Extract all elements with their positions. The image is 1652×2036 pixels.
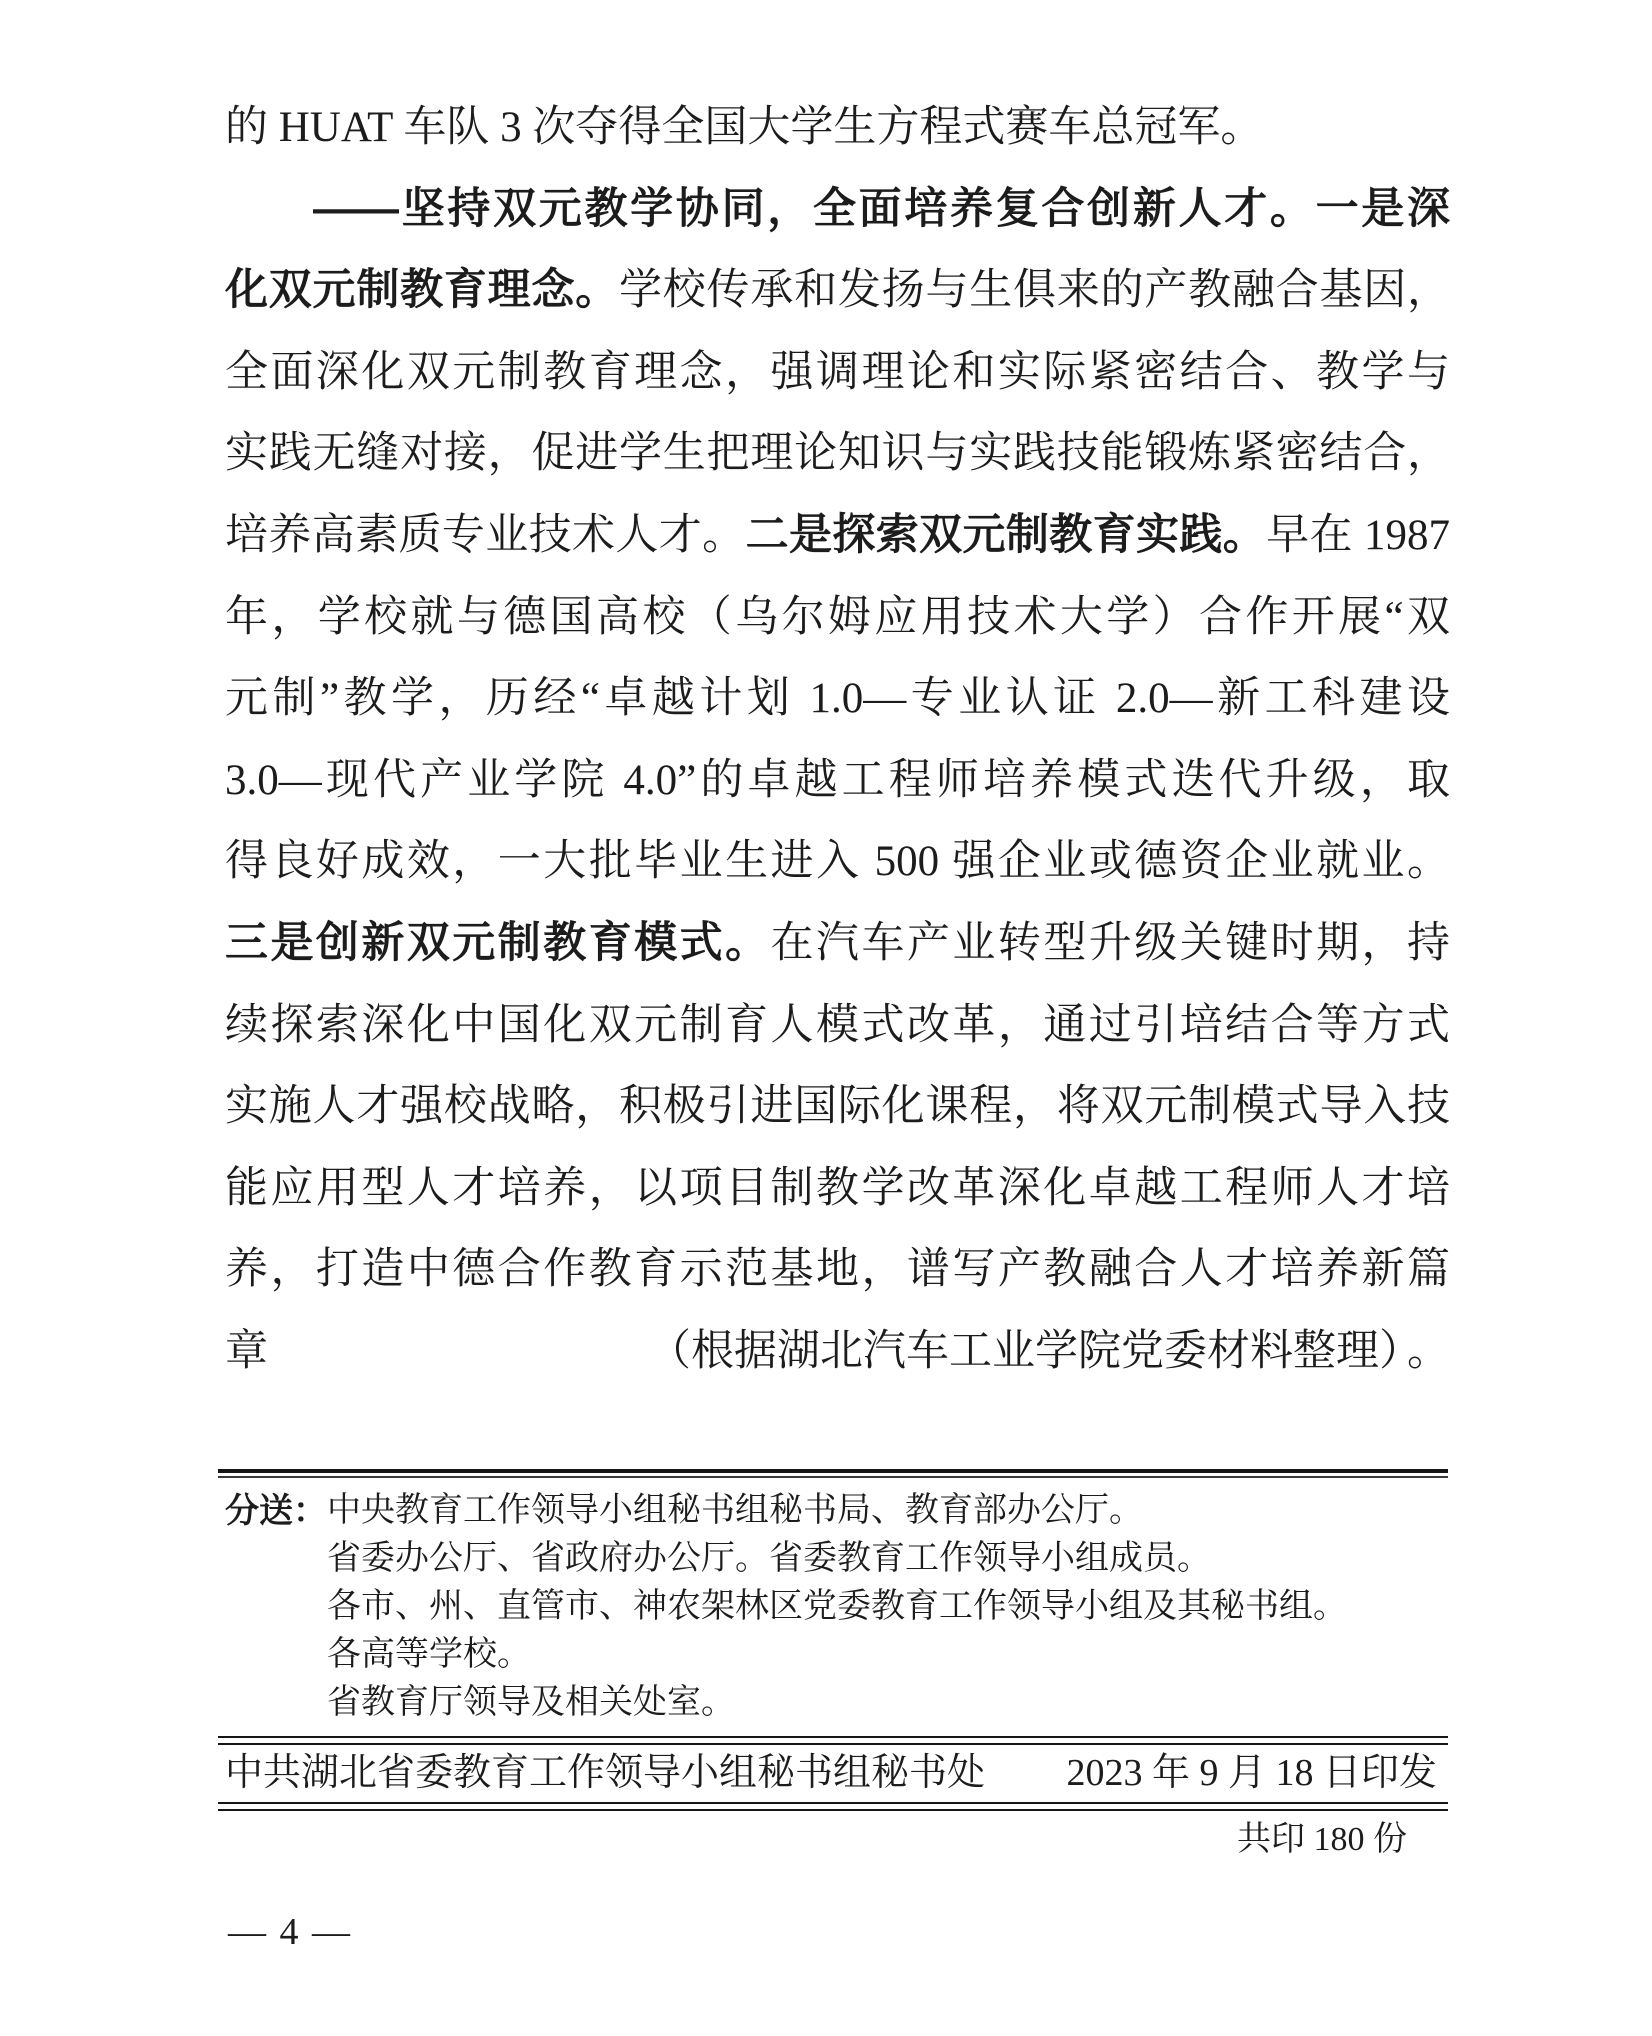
distribution-entry: 各高等学校。 (327, 1631, 1440, 1679)
body-text-run: 年，学校就与德国高校（乌尔姆应用技术大学）合作开展“双 (225, 594, 1450, 641)
body-text-run: 培养高素质专业技术人才。 (225, 512, 746, 559)
separator-rule-top (218, 1469, 1448, 1478)
distribution-list: 分送： 中央教育工作领导小组秘书组秘书局、教育部办公厅。 省委办公厅、省政府办公… (225, 1487, 1440, 1727)
body-line: 培养高素质专业技术人才。二是探索双元制教育实践。早在 1987 (225, 495, 1450, 577)
document-page: 的 HUAT 车队 3 次夺得全国大学生方程式赛车总冠军。 ——坚持双元教学协同… (0, 0, 1652, 2036)
body-text-run: 续探索深化中国化双元制育人模式改革，通过引培结合等方式 (225, 1002, 1450, 1049)
body-line: 元制”教学，历经“卓越计划 1.0—专业认证 2.0—新工科建设 (225, 658, 1450, 740)
body-text-run: 3.0—现代产业学院 4.0”的卓越工程师培养模式迭代升级，取 (225, 757, 1450, 804)
emphasis-run: 化双元制教育理念。 (225, 267, 619, 314)
body-text-run: （根据湖北汽车工业学院党委材料整理） (648, 1328, 1422, 1375)
separator-rule-bottom (218, 1802, 1448, 1811)
body-line: 三是创新双元制教育模式。在汽车产业转型升级关键时期，持 (225, 903, 1450, 985)
body-text-run: 元制”教学，历经“卓越计划 1.0—专业认证 2.0—新工科建设 (225, 675, 1450, 722)
distribution-label: 分送： (225, 1487, 327, 1535)
issuing-office: 中共湖北省委教育工作领导小组秘书组秘书处 (225, 1750, 985, 1796)
body-text-run: 实践无缝对接，促进学生把理论知识与实践技能锻炼紧密结合， (225, 430, 1450, 477)
document-body: 的 HUAT 车队 3 次夺得全国大学生方程式赛车总冠军。 ——坚持双元教学协同… (225, 87, 1450, 1393)
body-text-run: 早在 1987 (1266, 512, 1450, 559)
body-line: 年，学校就与德国高校（乌尔姆应用技术大学）合作开展“双 (225, 577, 1450, 659)
emphasis-run: 二是探索双元制教育实践。 (746, 512, 1267, 559)
distribution-entry: 中央教育工作领导小组秘书组秘书局、教育部办公厅。 (327, 1487, 1440, 1535)
distribution-lines: 中央教育工作领导小组秘书组秘书局、教育部办公厅。 省委办公厅、省政府办公厅。省委… (327, 1487, 1440, 1727)
body-line: 化双元制教育理念。学校传承和发扬与生俱来的产教融合基因， (225, 250, 1450, 332)
body-text-run: 学校传承和发扬与生俱来的产教融合基因， (619, 267, 1450, 314)
body-text-run: 能应用型人才培养，以项目制教学改革深化卓越工程师人才培 (225, 1165, 1450, 1212)
distribution-entry: 省委办公厅、省政府办公厅。省委教育工作领导小组成员。 (327, 1535, 1440, 1583)
body-line: 得良好成效，一大批毕业生进入 500 强企业或德资企业就业。 (225, 821, 1450, 903)
body-line: 全面深化双元制教育理念，强调理论和实际紧密结合、教学与 (225, 332, 1450, 414)
body-line: 的 HUAT 车队 3 次夺得全国大学生方程式赛车总冠军。 (225, 87, 1450, 169)
body-line-subheading: ——坚持双元教学协同，全面培养复合创新人才。一是深 (225, 169, 1450, 251)
subheading-bold-run: ——坚持双元教学协同，全面培养复合创新人才。 (313, 185, 1316, 233)
body-text-run: 得良好成效，一大批毕业生进入 500 强企业或德资企业就业。 (225, 838, 1450, 885)
body-text-run: 的 HUAT 车队 3 次夺得全国大学生方程式赛车总冠军。 (225, 104, 1263, 151)
imprint-row: 中共湖北省委教育工作领导小组秘书组秘书处 2023 年 9 月 18 日印发 (225, 1750, 1437, 1796)
body-text-run: 在汽车产业转型升级关键时期，持 (771, 920, 1450, 967)
distribution-entry: 各市、州、直管市、神农架林区党委教育工作领导小组及其秘书组。 (327, 1583, 1440, 1631)
copies-count: 共印 180 份 (1237, 1820, 1407, 1860)
body-text-run: 实施人才强校战略，积极引进国际化课程，将双元制模式导入技 (225, 1083, 1450, 1130)
distribution-entry: 省教育厅领导及相关处室。 (327, 1679, 1440, 1727)
body-line: 养，打造中德合作教育示范基地，谱写产教融合人才培养新篇章。 (225, 1229, 1450, 1311)
body-line: 实施人才强校战略，积极引进国际化课程，将双元制模式导入技 (225, 1066, 1450, 1148)
print-date: 2023 年 9 月 18 日印发 (1066, 1750, 1437, 1796)
emphasis-run: 一是深 (1316, 186, 1450, 233)
body-line: 能应用型人才培养，以项目制教学改革深化卓越工程师人才培 (225, 1148, 1450, 1230)
body-line: 实践无缝对接，促进学生把理论知识与实践技能锻炼紧密结合， (225, 413, 1450, 495)
emphasis-run: 三是创新双元制教育模式。 (225, 920, 771, 967)
page-number: — 4 — (228, 1910, 352, 1954)
body-line: 续探索深化中国化双元制育人模式改革，通过引培结合等方式 (225, 985, 1450, 1067)
separator-rule-middle (218, 1736, 1448, 1745)
body-text-run: 全面深化双元制教育理念，强调理论和实际紧密结合、教学与 (225, 349, 1450, 396)
body-line: 3.0—现代产业学院 4.0”的卓越工程师培养模式迭代升级，取 (225, 740, 1450, 822)
